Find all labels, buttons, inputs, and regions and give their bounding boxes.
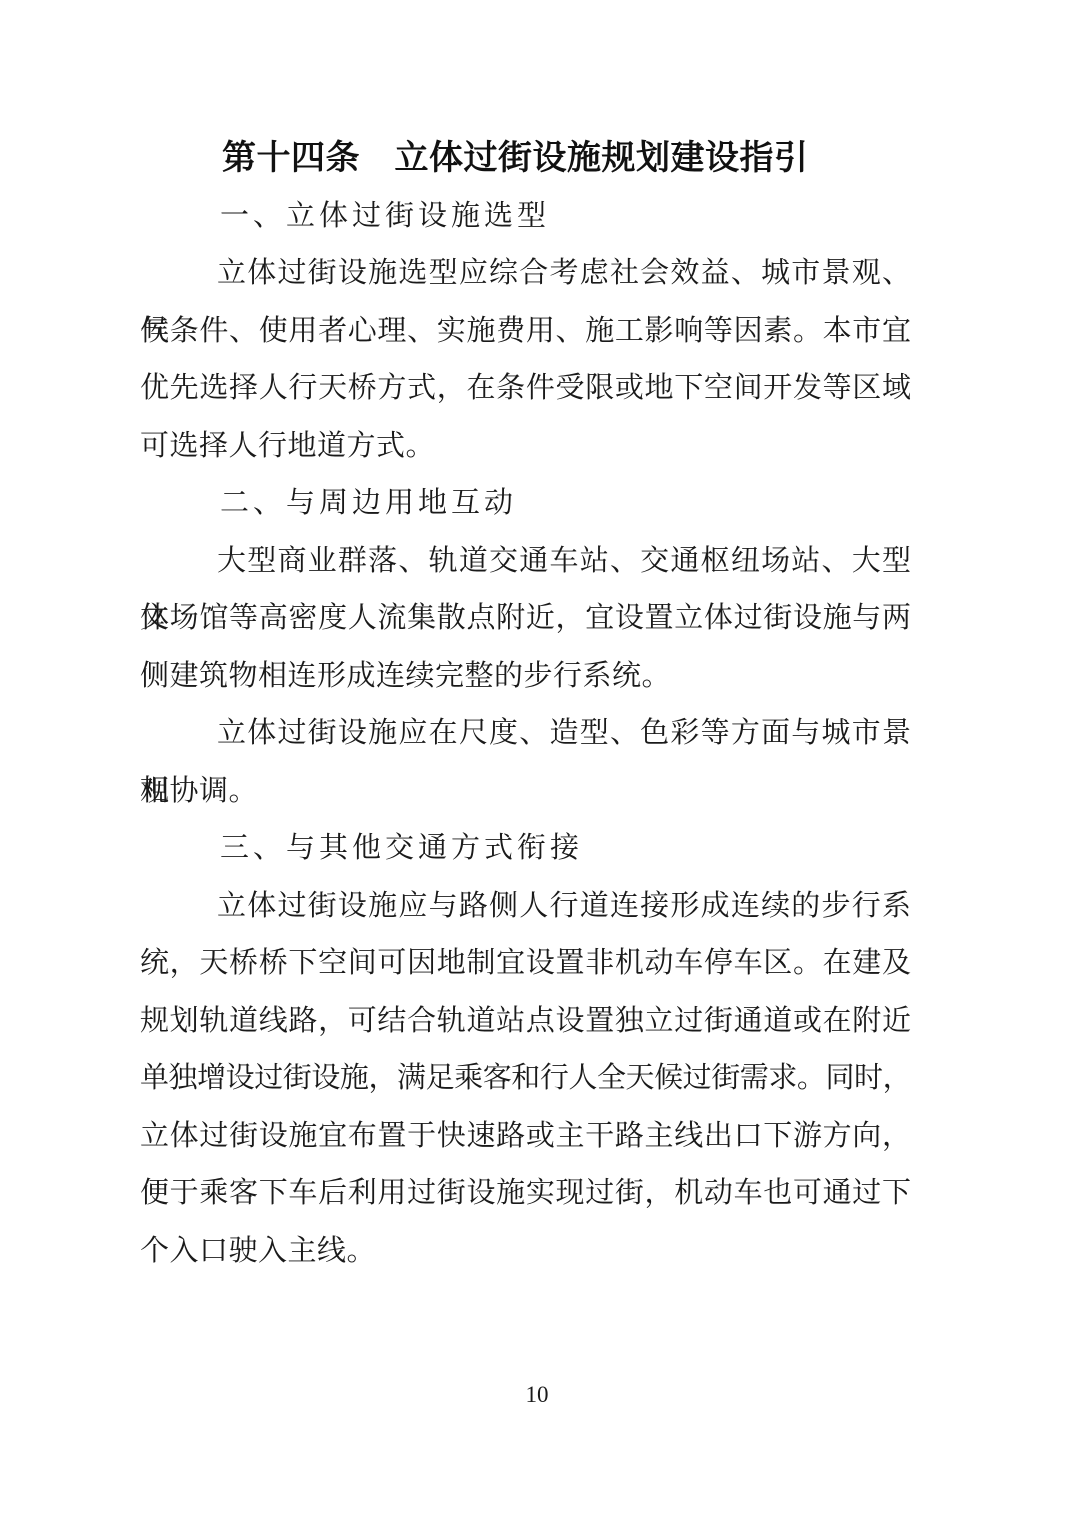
paragraph-line: 立体过街设施选型应综合考虑社会效益、城市景观、气 [140,245,911,303]
paragraph-line: 候条件、使用者心理、实施费用、施工影响等因素。本市宜 [140,303,911,361]
paragraph-line: 规划轨道线路，可结合轨道站点设置独立过街通道或在附近 [140,993,911,1051]
paragraph-line: 便于乘客下车后利用过街设施实现过街，机动车也可通过下 [140,1165,911,1223]
paragraph-line: 大型商业群落、轨道交通车站、交通枢纽场站、大型文 [140,533,911,591]
paragraph-line: 体场馆等高密度人流集散点附近，宜设置立体过街设施与两 [140,590,911,648]
article-body: 第十四条 立体过街设施规划建设指引 一、立体过街设施选型 立体过街设施选型应综合… [140,130,911,1280]
paragraph-line: 优先选择人行天桥方式，在条件受限或地下空间开发等区域 [140,360,911,418]
paragraph-line: 立体过街设施宜布置于快速路或主干路主线出口下游方向， [140,1108,911,1166]
paragraph-line: 个入口驶入主线。 [140,1223,911,1281]
document-page: 第十四条 立体过街设施规划建设指引 一、立体过街设施选型 立体过街设施选型应综合… [0,0,1074,1520]
paragraph-line: 相协调。 [140,763,911,821]
section-heading-2: 二、与周边用地互动 [140,475,911,533]
paragraph-line: 统，天桥桥下空间可因地制宜设置非机动车停车区。在建及 [140,935,911,993]
paragraph-line: 立体过街设施应与路侧人行道连接形成连续的步行系 [140,878,911,936]
paragraph-line: 单独增设过街设施，满足乘客和行人全天候过街需求。同时， [140,1050,911,1108]
paragraph-line: 侧建筑物相连形成连续完整的步行系统。 [140,648,911,706]
paragraph-line: 可选择人行地道方式。 [140,418,911,476]
section-heading-3: 三、与其他交通方式衔接 [140,820,911,878]
page-number: 10 [0,1380,1074,1410]
paragraph-line: 立体过街设施应在尺度、造型、色彩等方面与城市景观 [140,705,911,763]
section-heading-1: 一、立体过街设施选型 [140,188,911,246]
article-title: 第十四条 立体过街设施规划建设指引 [140,130,911,188]
